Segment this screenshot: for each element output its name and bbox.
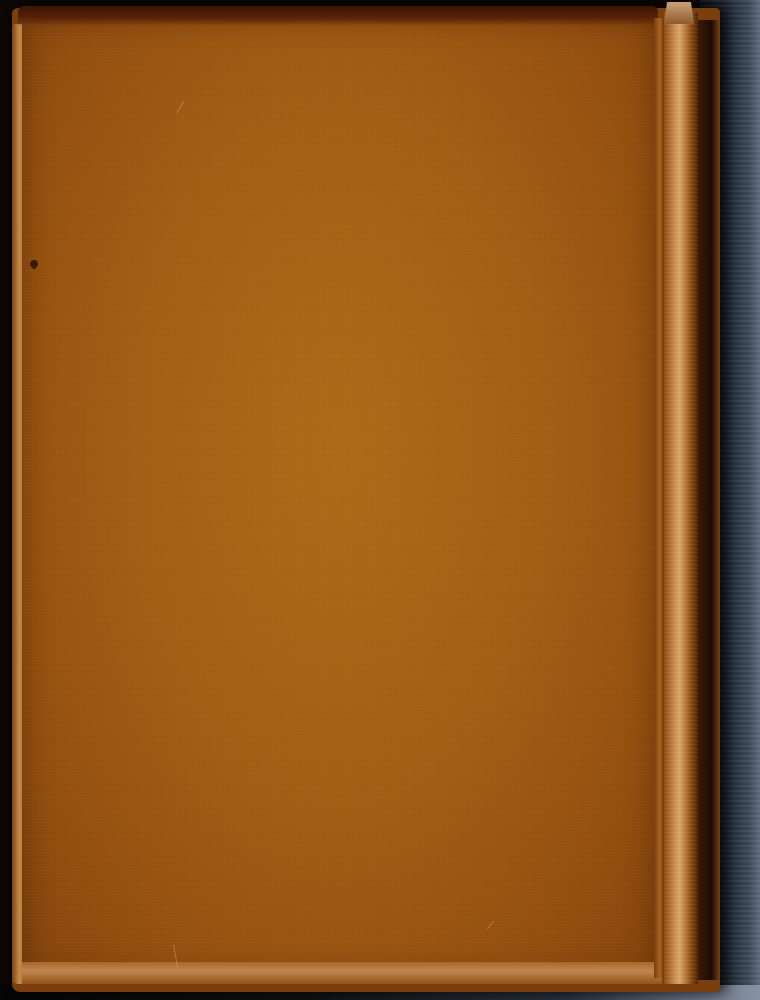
bottom-board-edge	[22, 962, 662, 984]
book-cover	[22, 18, 656, 976]
frayed-headcap	[664, 2, 694, 24]
top-board-edge	[18, 6, 658, 26]
hinge-groove	[654, 18, 664, 978]
book-spine	[664, 12, 698, 984]
spine-shadow	[698, 20, 720, 980]
